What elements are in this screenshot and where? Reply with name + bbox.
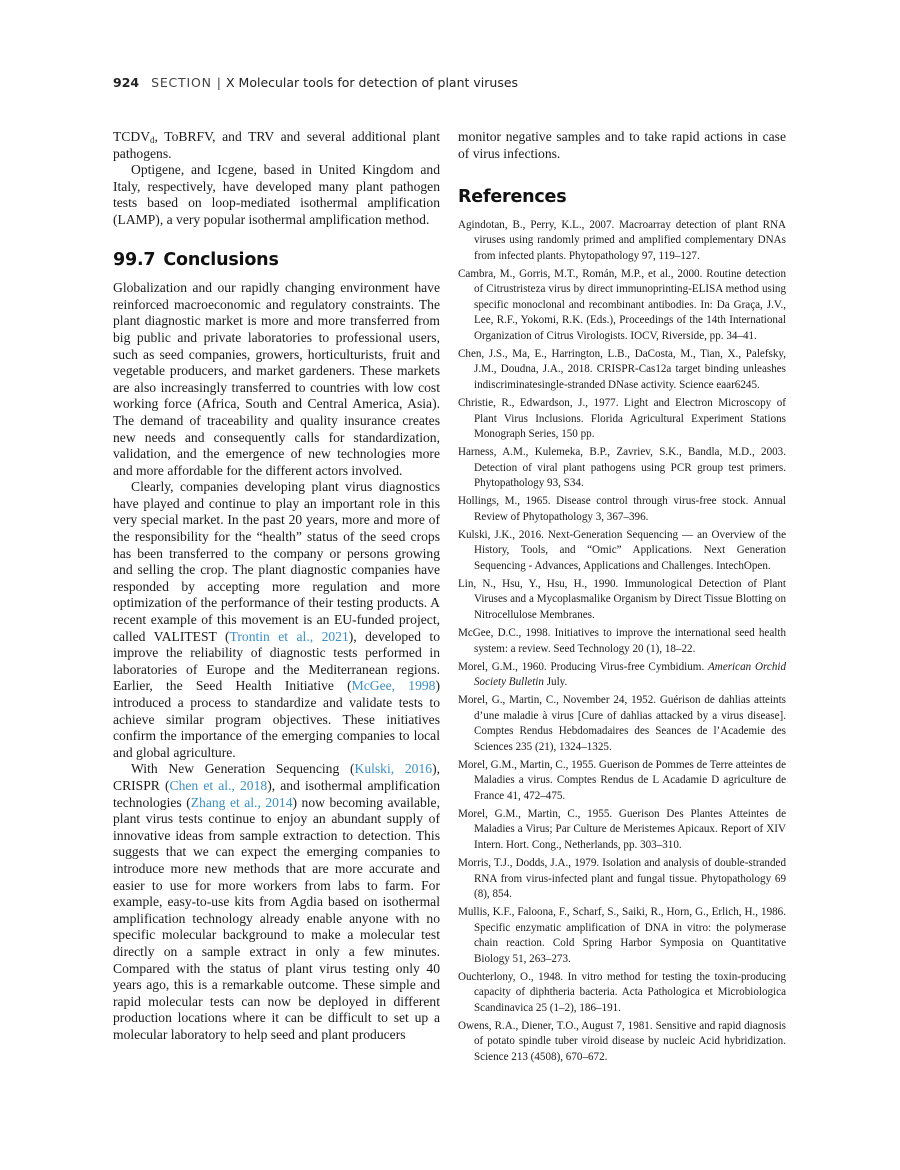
reference-item: Morris, T.J., Dodds, J.A., 1979. Isolati… (458, 856, 786, 903)
heading-title: Conclusions (163, 250, 278, 270)
paragraph-ngs: With New Generation Sequencing (Kulski, … (113, 761, 440, 1043)
section-heading-references: References (458, 189, 786, 206)
reference-item: Ouchterlony, O., 1948. In vitro method f… (458, 970, 786, 1017)
reference-item: McGee, D.C., 1998. Initiatives to improv… (458, 626, 786, 657)
citation-kulski-2016[interactable]: Kulski, 2016 (355, 761, 433, 776)
left-column: TCDVd, ToBRFV, and TRV and several addit… (113, 129, 440, 1043)
text-span: Clearly, companies developing plant viru… (113, 479, 440, 643)
reference-item: Cambra, M., Gorris, M.T., Román, M.P., e… (458, 267, 786, 345)
text-span: With New Generation Sequencing ( (131, 761, 355, 776)
page-number: 924 (113, 75, 139, 90)
section-title: X Molecular tools for detection of plant… (226, 75, 518, 90)
reference-item: Harness, A.M., Kulemeka, B.P., Zavriev, … (458, 445, 786, 492)
reference-item: Kulski, J.K., 2016. Next-Generation Sequ… (458, 528, 786, 575)
text-span: Morel, G.M., 1960. Producing Virus-free … (458, 661, 708, 673)
reference-item: Owens, R.A., Diener, T.O., August 7, 198… (458, 1019, 786, 1066)
reference-item: Morel, G.M., Martin, C., 1955. Guerison … (458, 758, 786, 805)
section-heading-conclusions: 99.7Conclusions (113, 252, 440, 269)
text-span: , ToBRFV, and TRV and several additional… (113, 129, 440, 161)
section-label: SECTION (151, 75, 212, 90)
citation-trontin-2021[interactable]: Trontin et al., 2021 (230, 629, 349, 644)
reference-item: Morel, G.M., Martin, C., 1955. Guerison … (458, 807, 786, 854)
reference-item: Hollings, M., 1965. Disease control thro… (458, 494, 786, 525)
heading-number: 99.7 (113, 250, 155, 270)
reference-item: Lin, N., Hsu, Y., Hsu, H., 1990. Immunol… (458, 577, 786, 624)
paragraph-globalization: Globalization and our rapidly changing e… (113, 280, 440, 479)
running-header: 924SECTION|X Molecular tools for detecti… (113, 75, 518, 90)
reference-item: Morel, G., Martin, C., November 24, 1952… (458, 693, 786, 755)
paragraph-continued: TCDVd, ToBRFV, and TRV and several addit… (113, 129, 440, 162)
reference-item: Agindotan, B., Perry, K.L., 2007. Macroa… (458, 218, 786, 265)
paragraph-continued: monitor negative samples and to take rap… (458, 129, 786, 162)
reference-item: Morel, G.M., 1960. Producing Virus-free … (458, 660, 786, 691)
reference-list: Agindotan, B., Perry, K.L., 2007. Macroa… (458, 218, 786, 1066)
reference-item: Mullis, K.F., Faloona, F., Scharf, S., S… (458, 905, 786, 967)
text-span: July. (544, 676, 567, 688)
right-column: monitor negative samples and to take rap… (458, 129, 786, 1068)
text-span: ) now becoming available, plant virus te… (113, 795, 440, 1042)
citation-chen-2018[interactable]: Chen et al., 2018 (170, 778, 268, 793)
paragraph-clearly: Clearly, companies developing plant viru… (113, 479, 440, 761)
citation-mcgee-1998[interactable]: McGee, 1998 (352, 678, 436, 693)
book-page: 924SECTION|X Molecular tools for detecti… (0, 0, 900, 1170)
paragraph-optigene: Optigene, and Icgene, based in United Ki… (113, 162, 440, 228)
header-separator: | (217, 75, 221, 90)
text-span: TCDV (113, 129, 150, 144)
citation-zhang-2014[interactable]: Zhang et al., 2014 (191, 795, 293, 810)
reference-item: Chen, J.S., Ma, E., Harrington, L.B., Da… (458, 347, 786, 394)
reference-item: Christie, R., Edwardson, J., 1977. Light… (458, 396, 786, 443)
